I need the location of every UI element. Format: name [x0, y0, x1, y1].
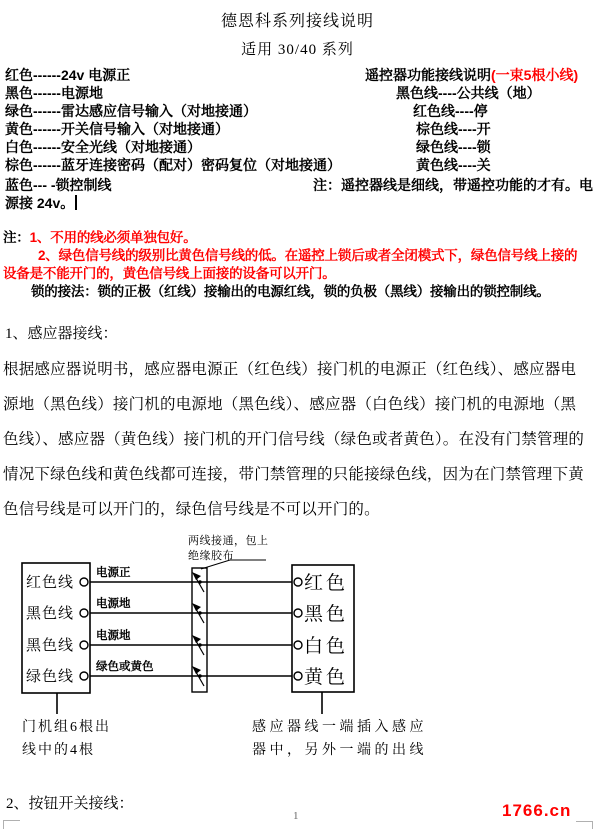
- note-line-1: 注：1、不用的线必须单独包好。: [3, 226, 197, 246]
- note-line-2: 2、绿色信号线的级别比黄色信号线的低。在遥控上锁后或者全闭模式下，绿色信号线上接…: [38, 244, 577, 264]
- left-terminal-3: [80, 641, 88, 649]
- wiring-diagram: 两线接通，包上 绝缘胶布 电源正 电源地 电源地 绿色或黄色 红色线 黑色线 黑…: [0, 528, 595, 778]
- right-terminal-1: [294, 578, 302, 586]
- remote-title: 遥控器功能接线说明(一束5根小线): [365, 66, 578, 84]
- watermark-site: 1766.cn: [502, 801, 571, 821]
- right-box-label-2: 黑色: [304, 603, 348, 625]
- wire-label-3: 电源地: [96, 628, 131, 642]
- right-terminal-2: [294, 609, 302, 617]
- wire-left-black: 黑色------电源地: [5, 84, 103, 102]
- wire-left-brown: 棕色------蓝牙连接密码（配对）密码复位（对地接通）: [5, 156, 341, 174]
- margin-corner-right: [576, 821, 593, 829]
- note-prefix: 注：: [3, 230, 30, 245]
- remote-title-red: (一束5根小线): [491, 67, 578, 83]
- right-box-label-4: 黄色: [304, 666, 348, 688]
- page-number: 1: [293, 810, 299, 822]
- wire-left-continuation: 源接 24v。: [5, 194, 77, 212]
- remote-wire-red: 红色线----停: [413, 102, 488, 120]
- remote-title-black: 遥控器功能接线说明: [365, 67, 491, 83]
- left-terminal-1: [80, 578, 88, 586]
- left-box-label-2: 黑色线: [26, 605, 74, 622]
- wire-label-1: 电源正: [96, 565, 131, 579]
- text-cursor: [75, 195, 77, 210]
- section1-para-line4: 情况下绿色线和黄色线都可连接，带门禁管理的只能接绿色线，因为在门禁管理下黄: [3, 462, 584, 484]
- margin-corner-left: [3, 820, 20, 829]
- left-caption-line1: 门机组6根出: [22, 718, 111, 735]
- wire-left-red: 红色------24v 电源正: [5, 66, 130, 84]
- wire-label-4: 绿色或黄色: [95, 659, 154, 673]
- note-lock-connection: 锁的接法：锁的正极（红线）接输出的电源红线，锁的负极（黑线）接输出的锁控制线。: [31, 280, 550, 300]
- section1-para-line5: 色信号线是可以开门的，绿色信号线是不可以开门的。: [3, 497, 380, 519]
- remote-note: 注：遥控器线是细线，带遥控功能的才有。电: [313, 176, 593, 194]
- left-box-label-3: 黑色线: [26, 637, 74, 654]
- section1-para-line2: 源地（黑色线）接门机的电源地（黑色线）、感应器（白色线）接门机的电源地（黑: [3, 392, 576, 414]
- note-line-3: 设备是不能开门的，黄色信号线上面接的设备可以开门。: [3, 262, 336, 282]
- wire-left-white: 白色------安全光线（对地接通）: [5, 138, 201, 156]
- wire-left-green: 绿色------雷达感应信号输入（对地接通）: [5, 102, 257, 120]
- left-box-label-1: 红色线: [26, 574, 74, 591]
- section1-para-line3: 色线）、感应器（黄色线）接门机的开门信号线（绿色或者黄色）。在没有门禁管理的: [3, 427, 584, 449]
- right-caption-line1: 感应器线一端插入感应: [252, 718, 427, 735]
- left-box-label-4: 绿色线: [26, 668, 74, 685]
- right-box-label-3: 白色: [304, 635, 348, 657]
- junction-box: [192, 568, 207, 692]
- remote-wire-brown: 棕色线----开: [416, 120, 491, 138]
- page-title: 德恩科系列接线说明: [0, 8, 595, 31]
- remote-wire-green: 绿色线----锁: [416, 138, 491, 156]
- remote-wire-yellow: 黄色线----关: [416, 156, 491, 174]
- section1-heading: 1、感应器接线：: [5, 322, 118, 343]
- wire-left-yellow: 黄色------开关信号输入（对地接通）: [5, 120, 229, 138]
- section1-para-line1: 根据感应器说明书，感应器电源正（红色线）接门机的电源正（红色线）、感应器电: [3, 357, 576, 379]
- page-subtitle: 适用 30/40 系列: [0, 38, 595, 59]
- note-item-1: 1、不用的线必须单独包好。: [30, 230, 197, 245]
- right-caption-line2: 器中，另外一端的出线: [252, 741, 427, 758]
- diagram-annotation-line2: 绝缘胶布: [188, 548, 234, 562]
- section2-heading: 2、按钮开关接线：: [6, 792, 134, 813]
- diagram-annotation-line1: 两线接通，包上: [188, 533, 269, 547]
- wire-label-2: 电源地: [96, 596, 131, 610]
- left-caption-line2: 线中的4根: [22, 741, 95, 758]
- left-terminal-4: [80, 672, 88, 680]
- right-terminal-3: [294, 641, 302, 649]
- remote-wire-black: 黑色线----公共线（地）: [396, 84, 541, 102]
- left-terminal-2: [80, 609, 88, 617]
- document-page: 德恩科系列接线说明 适用 30/40 系列 红色------24v 电源正 黑色…: [0, 0, 595, 829]
- wire-left-blue: 蓝色--- -锁控制线: [5, 176, 112, 194]
- right-terminal-4: [294, 672, 302, 680]
- wire-left-continuation-text: 源接 24v。: [5, 195, 74, 211]
- right-box-label-1: 红色: [304, 572, 348, 594]
